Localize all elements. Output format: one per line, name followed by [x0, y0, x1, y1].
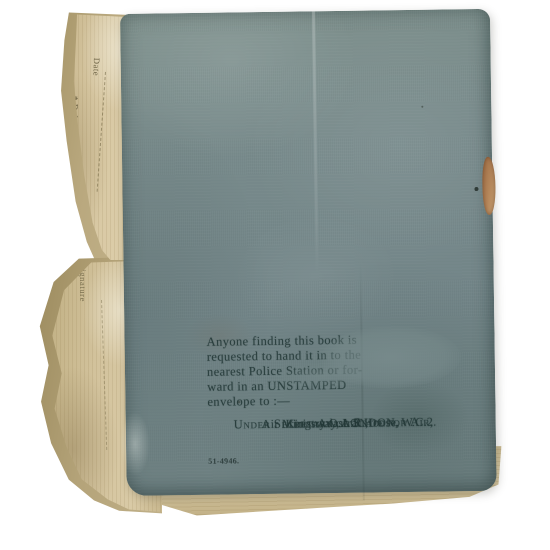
edge-tear-stain — [482, 157, 496, 215]
return-address: Under Secretary of State for Air, Air Mi… — [208, 415, 458, 418]
form-reference-code: 51-4946. — [208, 456, 239, 465]
cover-scuff-mark — [120, 412, 151, 476]
ink-speck — [474, 187, 478, 191]
page-edge-date-label: Date — [91, 58, 102, 77]
logbook-back-cover: Anyone finding this book is requested to… — [120, 9, 497, 496]
ink-speck — [421, 106, 423, 108]
photo-of-logbook-back-cover: Date * Delete where not applicable. Sign… — [0, 0, 550, 550]
dotted-leader-line — [97, 72, 106, 192]
notice-line: envelope to :— — [207, 391, 457, 409]
dotted-leader-line — [101, 300, 107, 450]
address-line: Kingsway, LONDON, W.C.2. — [286, 416, 437, 432]
